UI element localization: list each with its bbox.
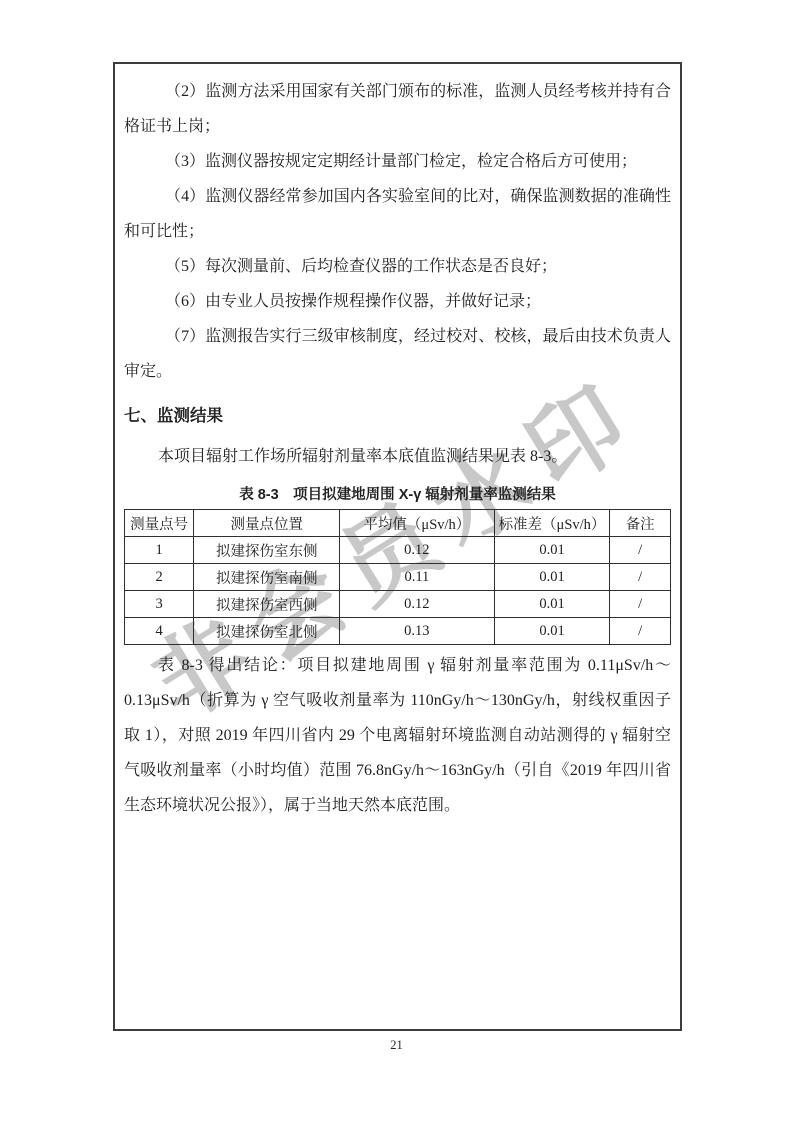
cell-average: 0.12 [340,537,495,564]
cell-stddev: 0.01 [494,537,610,564]
table-row: 4 拟建探伤室北侧 0.13 0.01 / [125,618,671,645]
cell-point-number: 3 [125,591,194,618]
conclusion-paragraph: 表 8-3 得出结论：项目拟建地周围 γ 辐射剂量率范围为 0.11μSv/h～… [124,648,671,823]
cell-average: 0.12 [340,591,495,618]
table-row: 1 拟建探伤室东侧 0.12 0.01 / [125,537,671,564]
cell-remark: / [610,564,671,591]
table-title: 表 8-3 项目拟建地周围 X-γ 辐射剂量率监测结果 [124,484,671,506]
cell-location: 拟建探伤室东侧 [194,537,340,564]
cell-remark: / [610,618,671,645]
intro-paragraph: 本项目辐射工作场所辐射剂量率本底值监测结果见表 8-3。 [124,439,671,474]
cell-remark: / [610,591,671,618]
numbered-item-3: （3）监测仪器按规定定期经计量部门检定，检定合格后方可使用； [124,144,671,179]
table-row: 2 拟建探伤室南侧 0.11 0.01 / [125,564,671,591]
cell-remark: / [610,537,671,564]
cell-average: 0.13 [340,618,495,645]
cell-point-number: 1 [125,537,194,564]
header-remark: 备注 [610,510,671,537]
numbered-item-2: （2）监测方法采用国家有关部门颁布的标准，监测人员经考核并持有合格证书上岗； [124,74,671,144]
header-point-number: 测量点号 [125,510,194,537]
numbered-item-4: （4）监测仪器经常参加国内各实验室间的比对，确保监测数据的准确性和可比性； [124,179,671,249]
cell-location: 拟建探伤室南侧 [194,564,340,591]
cell-location: 拟建探伤室西侧 [194,591,340,618]
document-page: 非会员水印 （2）监测方法采用国家有关部门颁布的标准，监测人员经考核并持有合格证… [0,0,793,1122]
cell-point-number: 4 [125,618,194,645]
cell-point-number: 2 [125,564,194,591]
cell-location: 拟建探伤室北侧 [194,618,340,645]
page-number: 21 [0,1038,793,1053]
monitoring-results-table: 测量点号 测量点位置 平均值（μSv/h） 标准差（μSv/h） 备注 1 拟建… [124,509,671,645]
content-border-box: （2）监测方法采用国家有关部门颁布的标准，监测人员经考核并持有合格证书上岗； （… [113,62,682,1031]
numbered-item-6: （6）由专业人员按操作规程操作仪器，并做好记录； [124,284,671,319]
table-row: 3 拟建探伤室西侧 0.12 0.01 / [125,591,671,618]
numbered-item-7: （7）监测报告实行三级审核制度，经过校对、校核，最后由技术负责人审定。 [124,319,671,389]
header-standard-deviation: 标准差（μSv/h） [494,510,610,537]
cell-average: 0.11 [340,564,495,591]
header-average-value: 平均值（μSv/h） [340,510,495,537]
cell-stddev: 0.01 [494,618,610,645]
numbered-item-5: （5）每次测量前、后均检查仪器的工作状态是否良好； [124,249,671,284]
cell-stddev: 0.01 [494,591,610,618]
section-heading: 七、监测结果 [124,399,671,434]
table-header-row: 测量点号 测量点位置 平均值（μSv/h） 标准差（μSv/h） 备注 [125,510,671,537]
cell-stddev: 0.01 [494,564,610,591]
header-point-location: 测量点位置 [194,510,340,537]
